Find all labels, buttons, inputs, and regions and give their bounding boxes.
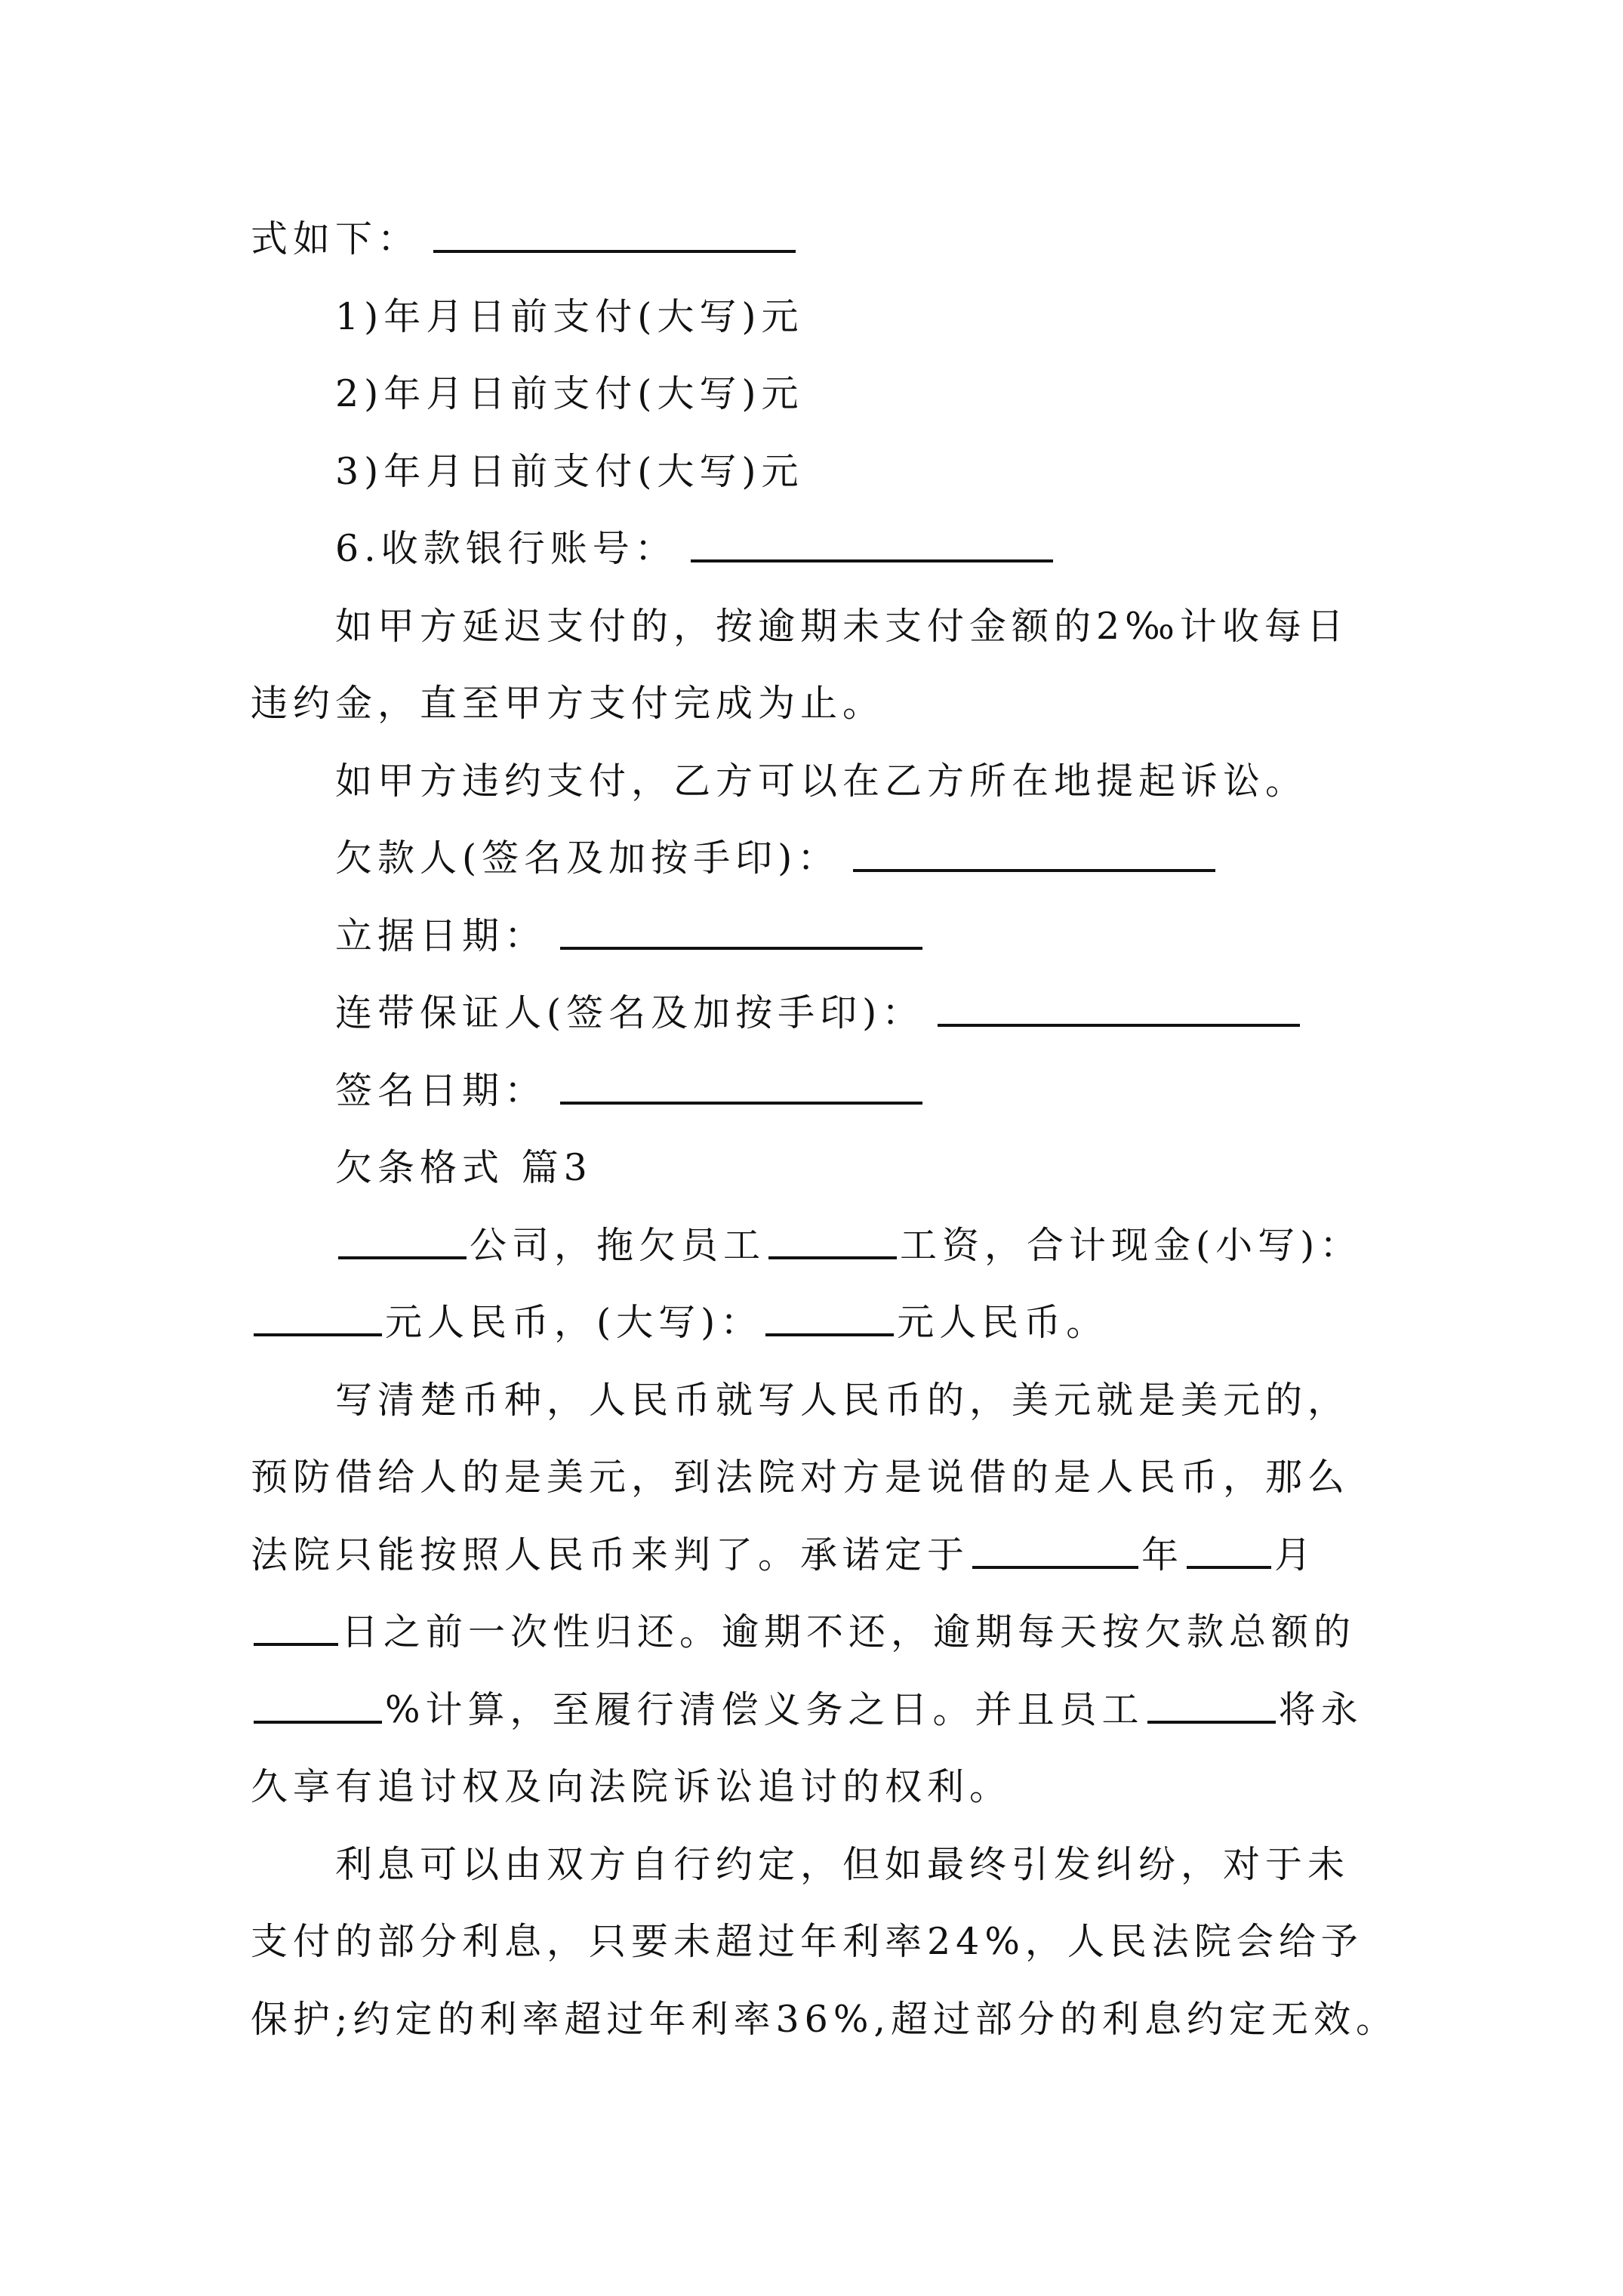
installment-2: 2)年月日前支付(大写)元 [251,356,1413,433]
section-title: 欠条格式 篇3 [335,1146,593,1189]
text: 1)年月日前支付(大写)元 [335,295,804,338]
penalty-rate-line: %计算，至履行清偿义务之日。并且员工将永 [251,1672,1413,1749]
blank-field [254,1601,338,1646]
debtor-signature-line: 欠款人(签名及加按手印)： [251,820,1413,898]
text: 签名日期： [335,1069,547,1112]
amount-line: 元人民币，(大写)：元人民币。 [251,1284,1413,1362]
company-wage-line: 公司，拖欠员工工资，合计现金(小写)： [251,1207,1413,1285]
interest-note-3: 保护;约定的利率超过年利率36%,超过部分的利息约定无效。 [251,1981,1413,2059]
sign-date-line: 签名日期： [251,1052,1413,1130]
text: 利息可以由双方自行约定，但如最终引发纠纷，对于未 [335,1843,1350,1886]
text: 法院只能按照人民币来判了。承诺定于 [251,1533,969,1576]
installment-1: 1)年月日前支付(大写)元 [251,279,1413,356]
text: 立据日期： [335,914,547,957]
text: 如甲方延迟支付的，按逾期未支付金额的2‰计收每日 [335,605,1349,648]
interest-note-1: 利息可以由双方自行约定，但如最终引发纠纷，对于未 [251,1826,1413,1904]
text: 支付的部分利息，只要未超过年利率24%，人民法院会给予 [251,1920,1363,1963]
blank-field [938,982,1300,1027]
text: 工资，合计现金(小写)： [900,1224,1362,1267]
interest-note-2: 支付的部分利息，只要未超过年利率24%，人民法院会给予 [251,1903,1413,1981]
text: 日之前一次性归还。逾期不还，逾期每天按欠款总额的 [341,1610,1356,1653]
text: 元人民币。 [897,1301,1108,1344]
blank-field [691,517,1053,562]
blank-field [1187,1524,1271,1569]
guarantor-signature-line: 连带保证人(签名及加按手印)： [251,975,1413,1052]
text: 保护;约定的利率超过年利率36%,超过部分的利息约定无效。 [251,1998,1398,2041]
text: 久享有追讨权及向法院诉讼追讨的权利。 [251,1765,1012,1808]
document-body: 式如下： 1)年月日前支付(大写)元 2)年月日前支付(大写)元 3)年月日前支… [251,201,1413,2058]
text: 6.收款银行账号： [335,527,677,570]
text: 违约金，直至甲方支付完成为止。 [251,682,885,725]
text: 月 [1274,1533,1317,1576]
bank-account-line: 6.收款银行账号： [251,510,1413,588]
jurisdiction-line: 如甲方违约支付，乙方可以在乙方所在地提起诉讼。 [251,743,1413,821]
blank-field [254,1678,382,1724]
blank-field [853,827,1215,872]
text: 欠款人(签名及加按手印)： [335,837,839,880]
currency-note-1: 写清楚币种，人民币就写人民币的，美元就是美元的， [251,1362,1413,1440]
late-penalty-line-2: 违约金，直至甲方支付完成为止。 [251,665,1413,743]
repayment-date-line: 法院只能按照人民币来判了。承诺定于年月 [251,1517,1413,1595]
issue-date-line: 立据日期： [251,898,1413,975]
blank-field [768,1214,897,1259]
text: 公司，拖欠员工 [470,1224,765,1267]
blank-field [338,1214,467,1259]
rights-line: 久享有追讨权及向法院诉讼追讨的权利。 [251,1749,1413,1826]
blank-field [1147,1678,1276,1724]
blank-field [765,1291,894,1336]
text: 如甲方违约支付，乙方可以在乙方所在地提起诉讼。 [335,760,1307,803]
currency-note-2: 预防借给人的是美元，到法院对方是说借的是人民币，那么 [251,1439,1413,1517]
blank-field [972,1524,1138,1569]
blank-field [560,1059,922,1105]
text: %计算，至履行清偿义务之日。并且员工 [385,1688,1144,1731]
text: 年 [1141,1533,1184,1576]
section-heading: 欠条格式 篇3 [251,1130,1413,1207]
repayment-deadline-line: 日之前一次性归还。逾期不还，逾期每天按欠款总额的 [251,1594,1413,1672]
text: 3)年月日前支付(大写)元 [335,450,804,493]
installment-3: 3)年月日前支付(大写)元 [251,433,1413,511]
text: 2)年月日前支付(大写)元 [335,372,804,415]
blank-field [433,208,796,253]
blank-field [560,905,922,950]
payment-method-line: 式如下： [251,201,1413,279]
text: 连带保证人(签名及加按手印)： [335,991,924,1034]
text: 式如下： [251,217,420,260]
text: 预防借给人的是美元，到法院对方是说借的是人民币，那么 [251,1456,1350,1499]
text: 写清楚币种，人民币就写人民币的，美元就是美元的， [335,1379,1350,1422]
text: 将永 [1279,1688,1363,1731]
document-page: 式如下： 1)年月日前支付(大写)元 2)年月日前支付(大写)元 3)年月日前支… [0,0,1623,2296]
late-penalty-line-1: 如甲方延迟支付的，按逾期未支付金额的2‰计收每日 [251,588,1413,666]
text: 元人民币，(大写)： [385,1301,762,1344]
blank-field [254,1291,382,1336]
